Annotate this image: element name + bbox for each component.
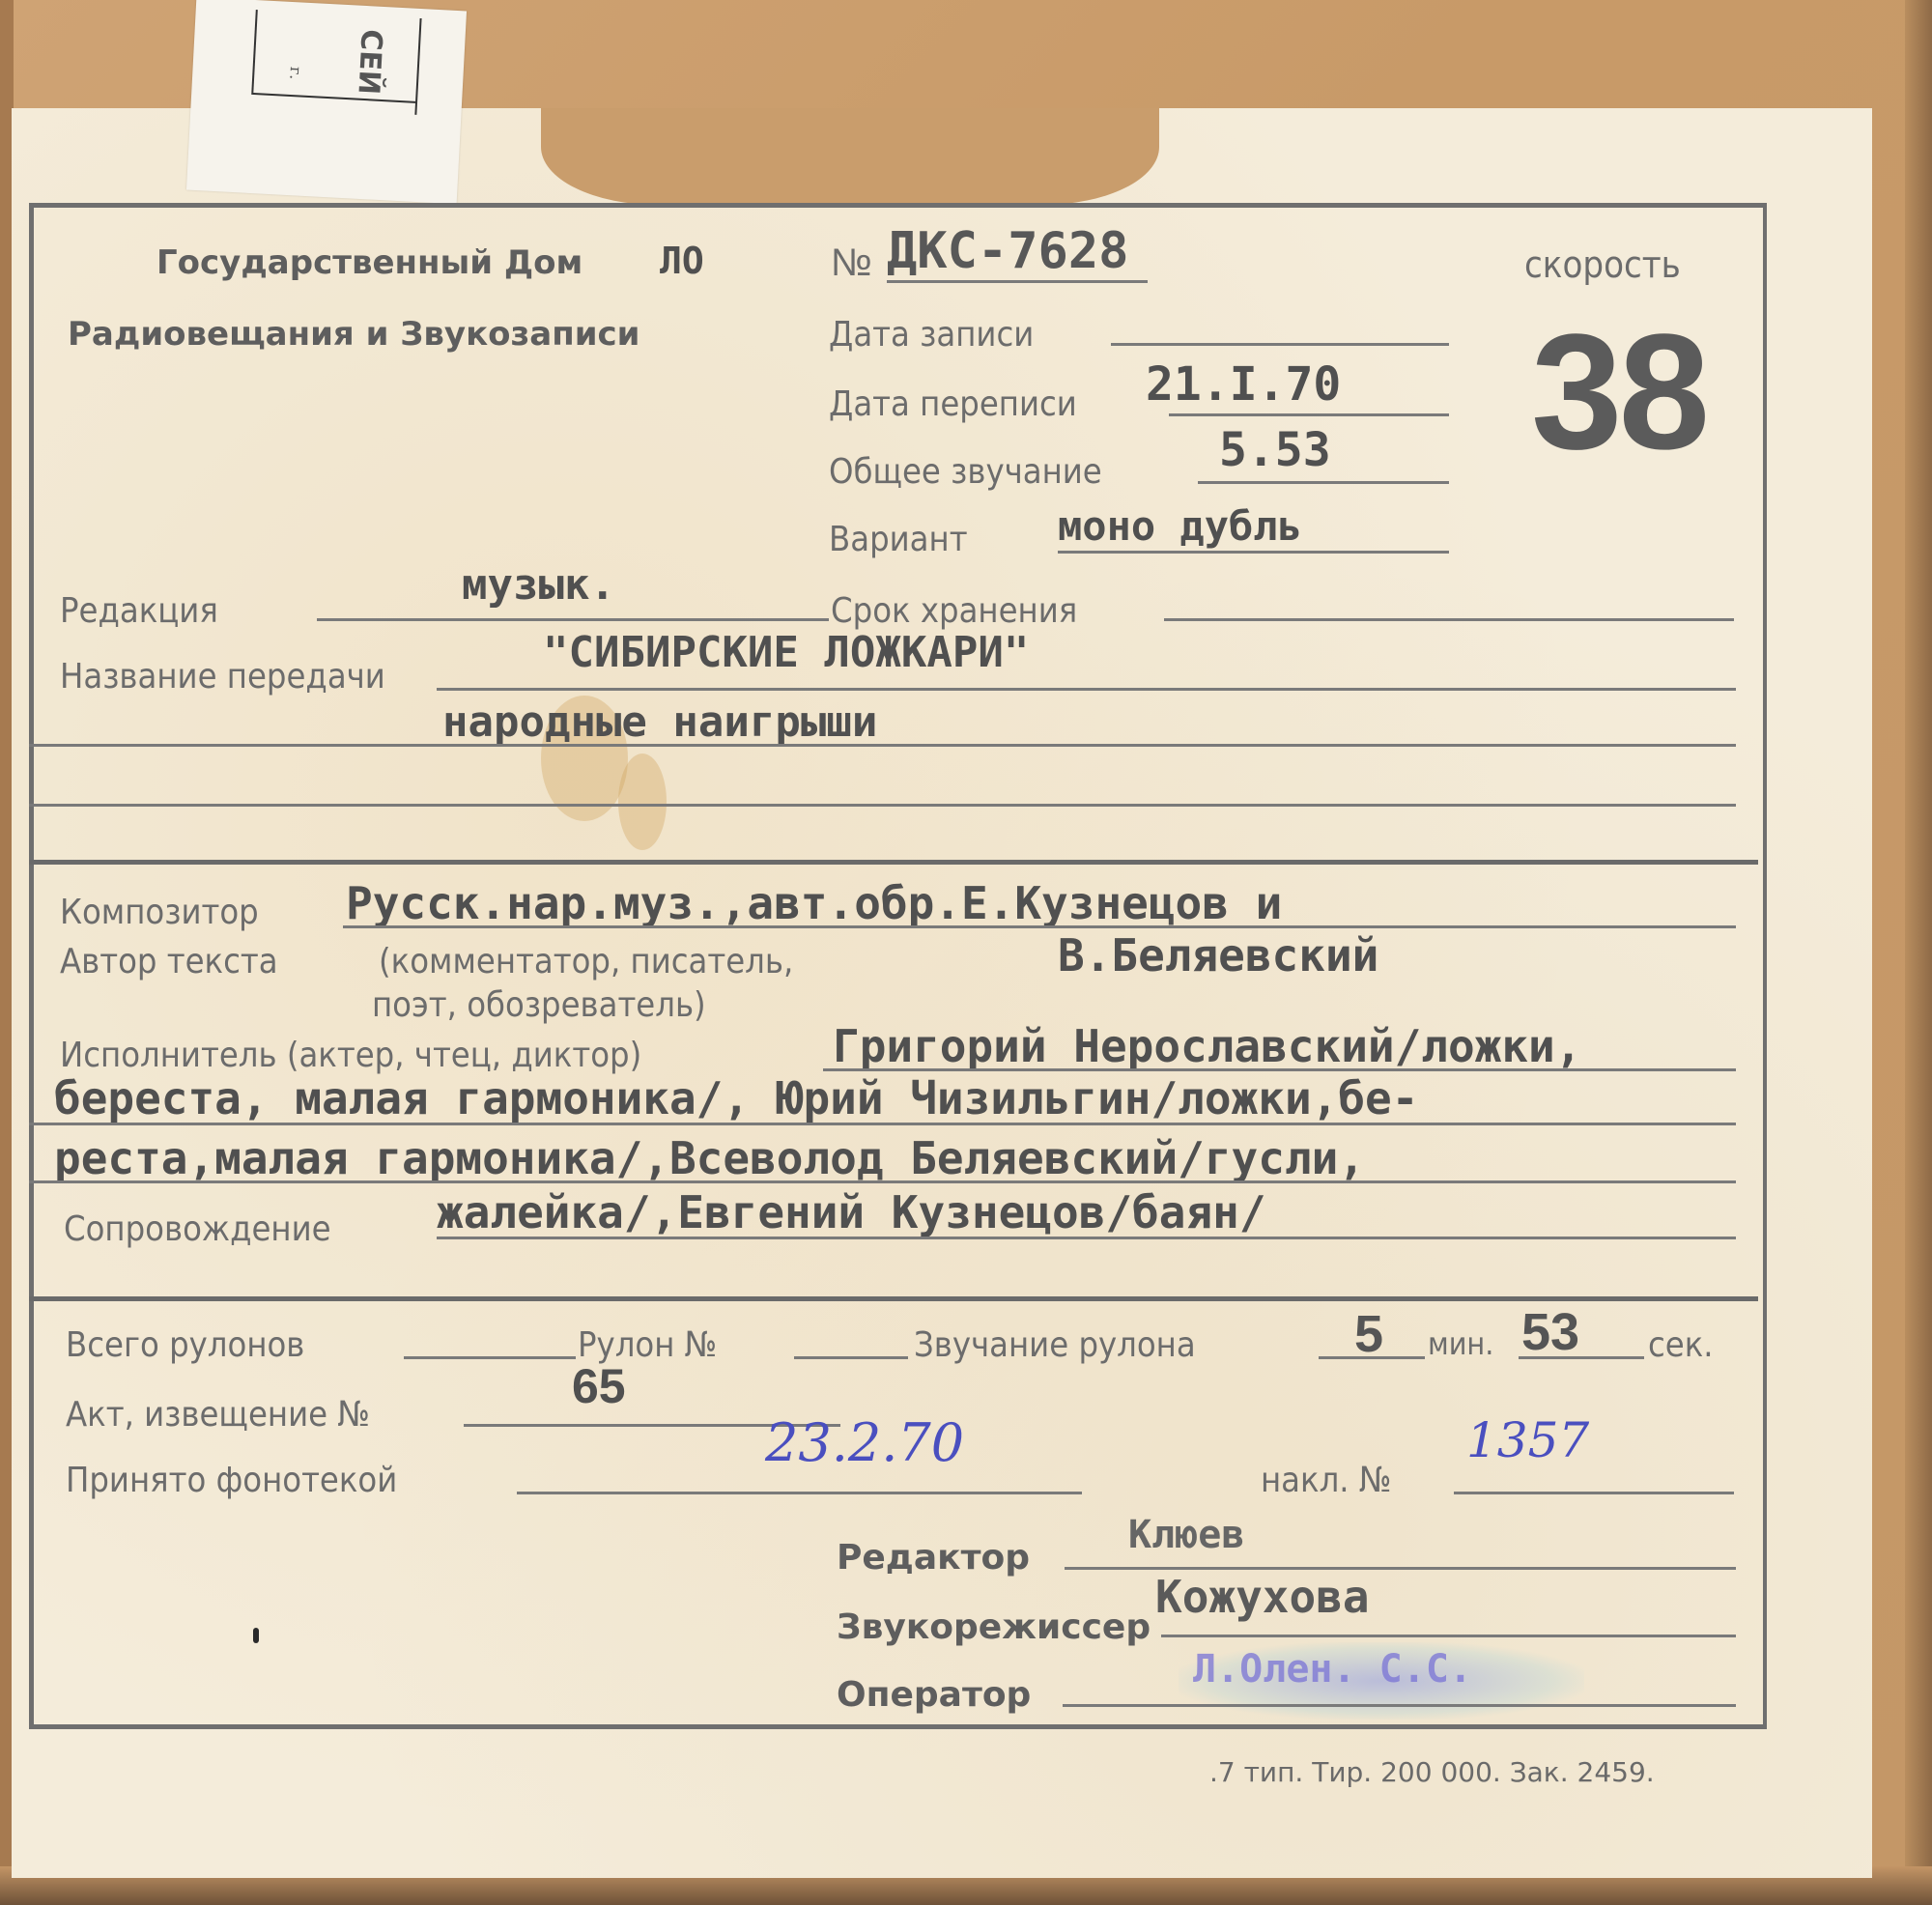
accepted-date-handwritten: 23.2.70 <box>765 1412 964 1473</box>
performer-line1 <box>823 1068 1736 1071</box>
sticker-rule <box>251 93 415 103</box>
sound-director-value: Кожухова <box>1155 1571 1370 1623</box>
total-duration-value: 5.53 <box>1219 423 1331 477</box>
editorial-label: Редакция <box>60 591 218 631</box>
seconds-value: 53 <box>1521 1302 1579 1362</box>
sticker-small-text: г. <box>286 67 305 80</box>
operator-value: Л.Олен. С.С. <box>1193 1647 1472 1692</box>
editorial-value: музык. <box>462 560 615 610</box>
editor-value: Клюев <box>1128 1513 1244 1557</box>
sound-director-line <box>1161 1635 1736 1637</box>
storage-term-line <box>1164 618 1734 621</box>
accompaniment-line <box>437 1237 1736 1239</box>
accompaniment-label: Сопровождение <box>64 1209 331 1249</box>
variant-label: Вариант <box>829 520 968 559</box>
box-edge-right <box>1905 0 1932 1905</box>
editorial-line <box>317 618 829 621</box>
accepted-label: Принято фонотекой <box>66 1461 397 1500</box>
sticker-rule <box>251 10 257 93</box>
rerecording-date-label: Дата переписи <box>829 384 1077 424</box>
total-duration-line <box>1198 481 1449 484</box>
act-notice-label: Акт, извещение № <box>66 1395 370 1435</box>
sticker-rule <box>414 18 421 115</box>
tape-box: СЕЙ г. Государственный Дом ЛО Радиовещан… <box>0 0 1932 1905</box>
composer-value: Русск.нар.муз.,авт.обр.Е.Кузнецов и <box>346 877 1282 929</box>
total-duration-label: Общее звучание <box>829 452 1102 492</box>
form-frame <box>29 203 1767 1729</box>
performer-value-line1: Григорий Нерославский/ложки, <box>833 1020 1581 1072</box>
performer-label: Исполнитель (актер, чтец, диктор) <box>60 1036 641 1075</box>
program-title-label: Название передачи <box>60 657 385 697</box>
program-title-line3 <box>29 804 1736 807</box>
accepted-line <box>517 1492 1082 1494</box>
program-title-line2 <box>29 744 1736 747</box>
reel-number-line <box>794 1356 908 1359</box>
org-suffix: ЛО <box>660 240 704 282</box>
minutes-value: 5 <box>1354 1304 1383 1364</box>
storage-term-label: Срок хранения <box>831 591 1077 631</box>
rerecording-date-line <box>1169 413 1449 416</box>
program-title-line1 <box>437 688 1736 691</box>
text-author-label: Автор текста <box>60 942 278 981</box>
text-author-note2: поэт, обозреватель) <box>372 985 706 1025</box>
reel-duration-label: Звучание рулона <box>914 1325 1196 1365</box>
composer-value-line2: В.Беляевский <box>1058 929 1378 981</box>
text-author-note1: (комментатор, писатель, <box>379 942 793 981</box>
performer-line2 <box>29 1123 1736 1125</box>
variant-line <box>1058 551 1449 554</box>
card-tear-notch <box>541 108 1159 205</box>
number-underline <box>887 280 1148 283</box>
number-label: № <box>831 242 872 285</box>
sound-director-label: Звукорежиссер <box>837 1607 1151 1647</box>
performer-line3 <box>29 1180 1736 1183</box>
invoice-label: накл. № <box>1261 1461 1392 1500</box>
editor-line <box>1065 1567 1736 1570</box>
reel-number-value: 65 <box>572 1358 626 1414</box>
performer-value-line4: жалейка/,Евгений Кузнецов/баян/ <box>437 1186 1266 1238</box>
composer-line <box>343 925 1736 928</box>
performer-value-line2: береста, малая гармоника/, Юрий Чизильги… <box>54 1072 1418 1124</box>
program-subtitle-value: народные наигрыши <box>442 697 877 747</box>
seconds-label: сек. <box>1648 1325 1714 1365</box>
minutes-label: мин. <box>1428 1325 1493 1362</box>
operator-label: Оператор <box>837 1675 1031 1715</box>
speed-label: скорость <box>1524 243 1681 286</box>
total-reels-label: Всего рулонов <box>66 1325 304 1365</box>
print-run-info: .7 тип. Тир. 200 000. Зак. 2459. <box>1209 1756 1655 1788</box>
composer-label: Композитор <box>60 893 259 932</box>
org-name-line2: Радиовещания и Звукозаписи <box>68 315 640 354</box>
operator-line <box>1063 1704 1736 1707</box>
recording-date-label: Дата записи <box>829 315 1034 355</box>
org-name-line1: Государственный Дом <box>156 243 582 282</box>
performer-value-line3: реста,малая гармоника/,Всеволод Беляевск… <box>54 1132 1365 1184</box>
program-title-value: "СИБИРСКИЕ ЛОЖКАРИ" <box>543 628 1029 677</box>
editor-label: Редактор <box>837 1538 1030 1578</box>
speed-value: 38 <box>1531 298 1706 487</box>
dirt-mark <box>253 1628 259 1643</box>
invoice-line <box>1454 1492 1734 1494</box>
variant-value: моно дубль <box>1058 502 1302 550</box>
catalog-number: ДКС-7628 <box>887 222 1128 280</box>
rerecording-date-value: 21.I.70 <box>1146 357 1341 412</box>
section-divider <box>29 860 1758 865</box>
shelf-label-sticker: СЕЙ г. <box>186 0 467 204</box>
sticker-text: СЕЙ <box>351 28 387 95</box>
section-divider <box>29 1296 1758 1301</box>
invoice-number-handwritten: 1357 <box>1466 1412 1589 1468</box>
recording-date-line <box>1111 343 1449 346</box>
seconds-line <box>1519 1356 1644 1359</box>
total-reels-line <box>404 1356 576 1359</box>
